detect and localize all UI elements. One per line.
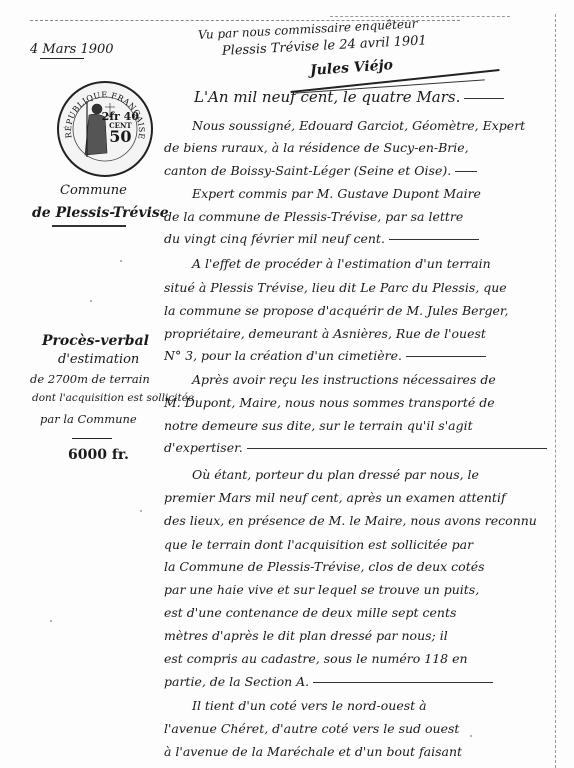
scan-speck [470,735,472,737]
pv-title: Procès-verbal [42,333,149,349]
body-line: Il tient d'un coté vers le nord-ouest à [192,698,427,713]
scan-speck [90,300,92,302]
body-heading: L'An mil neuf cent, le quatre Mars. [194,88,504,106]
body-line: M. Dupont, Maire, nous nous sommes trans… [164,395,495,410]
scan-speck [120,260,122,262]
margin-commune-name: de Plessis-Trévise [32,205,169,221]
right-margin-rule [555,14,556,768]
body-line: la Commune de Plessis-Trévise, clos de d… [164,559,485,574]
body-line: N° 3, pour la création d'un cimetière. [164,348,486,363]
stamp-value-bottom: 50 [102,129,139,145]
body-line: A l'effet de procéder à l'estimation d'u… [192,256,491,271]
body-line: Où étant, porteur du plan dressé par nou… [192,467,479,482]
body-line: mètres d'après le dit plan dressé par no… [164,628,448,643]
body-line: de biens ruraux, à la résidence de Sucy-… [164,140,469,155]
body-line: d'expertiser. [164,440,547,455]
scan-speck [140,510,142,512]
scan-speck [50,620,52,622]
body-line: par une haie vive et sur lequel se trouv… [164,582,479,597]
body-line: de la commune de Plessis-Trévise, par sa… [164,209,463,224]
body-line: partie, de la Section A. [164,674,493,689]
body-line: du vingt cinq février mil neuf cent. [164,231,479,246]
pv-line-1: d'estimation [58,352,139,367]
body-line: propriétaire, demeurant à Asnières, Rue … [164,326,486,341]
pv-line-2: de 2700m de terrain [30,372,150,386]
body-line: Après avoir reçu les instructions nécess… [192,372,496,387]
document-date: 4 Mars 1900 [30,42,114,57]
body-line: l'avenue Chéret, d'autre coté vers le su… [164,721,459,736]
body-line: que le terrain dont l'acquisition est so… [164,537,473,552]
document-page: 4 Mars 1900 Vu par nous commissaire enqu… [0,0,574,768]
body-line: est d'une contenance de deux mille sept … [164,605,456,620]
margin-rule [52,225,126,227]
body-line: canton de Boissy-Saint-Léger (Seine et O… [164,163,477,178]
body-line: premier Mars mil neuf cent, après un exa… [164,490,506,505]
signature: Jules Viéjo [310,57,394,79]
body-line: est compris au cadastre, sous le numéro … [164,651,468,666]
margin-commune-label: Commune [60,183,127,198]
date-underline [40,58,84,59]
top-border-rule-right [330,16,510,17]
body-line: Expert commis par M. Gustave Dupont Mair… [192,186,481,201]
pv-rule [72,438,112,439]
body-line: situé à Plessis Trévise, lieu dit Le Par… [164,280,507,295]
stamp-value: 2fr 40 CENT 50 [102,111,139,145]
body-line: Nous soussigné, Edouard Garciot, Géomètr… [192,118,525,133]
body-line: notre demeure sus dite, sur le terrain q… [164,418,473,433]
pv-line-4: par la Commune [40,412,137,426]
fiscal-stamp: RÉPUBLIQUE FRANÇAISE 2fr 40 CENT 50 [57,81,153,177]
body-line: la commune se propose d'acquérir de M. J… [164,303,509,318]
estimated-amount: 6000 fr. [68,447,129,463]
body-line: des lieux, en présence de M. le Maire, n… [164,513,537,528]
body-line: à l'avenue de la Maréchale et d'un bout … [164,744,462,759]
